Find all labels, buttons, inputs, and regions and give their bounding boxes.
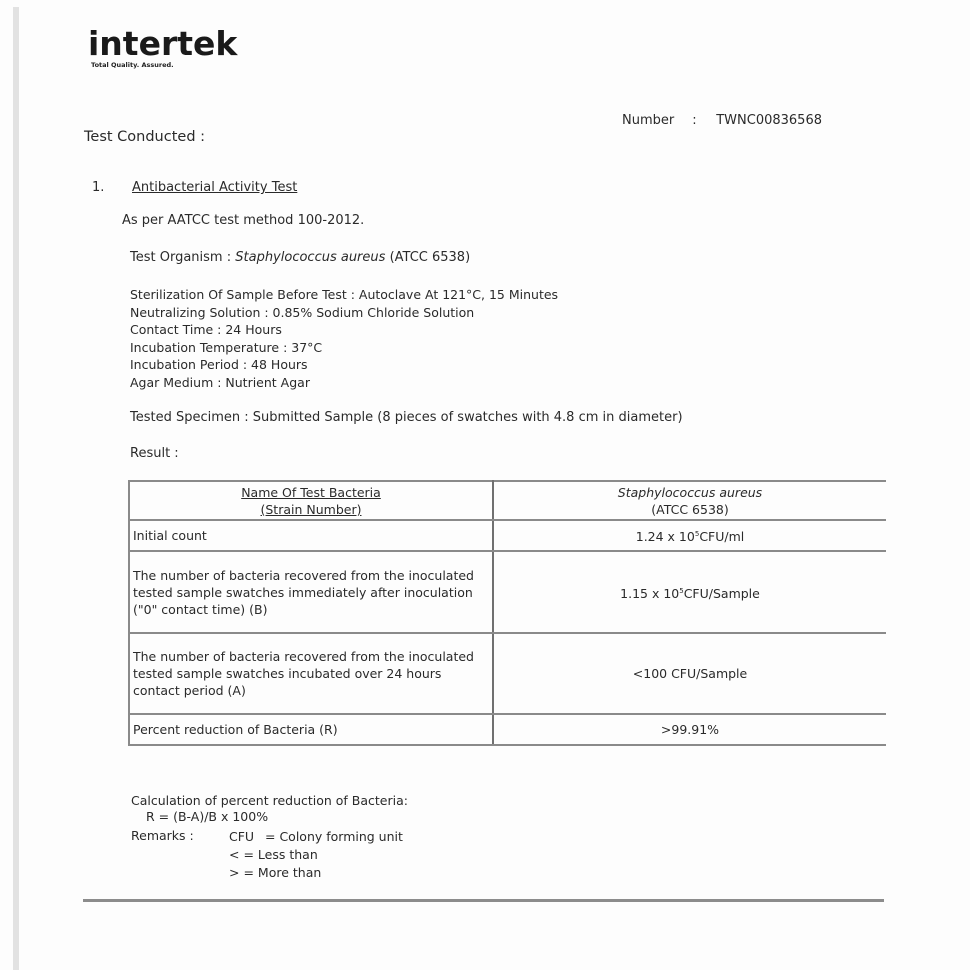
param-contact-time: Contact Time : 24 Hours	[130, 321, 558, 339]
table-row: The number of bacteria recovered from th…	[129, 633, 886, 714]
row-label-recovered-zero-contact: The number of bacteria recovered from th…	[129, 551, 493, 633]
table-header-row: Name Of Test Bacteria (Strain Number) St…	[129, 481, 886, 520]
param-sterilization: Sterilization Of Sample Before Test : Au…	[130, 286, 558, 304]
remarks-list: CFU= Colony forming unit < = Less than >…	[229, 828, 403, 882]
header-cell-bacteria-name: Name Of Test Bacteria (Strain Number)	[129, 481, 493, 520]
header-cell-organism: Staphylococcus aureus (ATCC 6538)	[493, 481, 886, 520]
param-neutralizing-solution: Neutralizing Solution : 0.85% Sodium Chl…	[130, 304, 558, 322]
row-label-initial-count: Initial count	[129, 520, 493, 551]
result-label: Result :	[130, 446, 179, 461]
remark-less-than: < = Less than	[229, 846, 403, 864]
test-organism: Test Organism : Staphylococcus aureus (A…	[130, 250, 470, 265]
row-value-initial-count: 1.24 x 105CFU/ml	[493, 520, 886, 551]
row-value-percent-reduction: >99.91%	[493, 714, 886, 745]
table-row: Initial count 1.24 x 105CFU/ml	[129, 520, 886, 551]
test-organism-label: Test Organism :	[130, 250, 231, 265]
result-table: Name Of Test Bacteria (Strain Number) St…	[128, 480, 886, 746]
report-number-value: TWNC00836568	[716, 113, 822, 128]
section-index: 1.	[92, 180, 104, 195]
section-title: Antibacterial Activity Test	[132, 180, 297, 195]
row-label-percent-reduction: Percent reduction of Bacteria (R)	[129, 714, 493, 745]
test-organism-strain: (ATCC 6538)	[390, 250, 471, 265]
param-incubation-temperature: Incubation Temperature : 37°C	[130, 339, 558, 357]
footer-divider	[83, 899, 884, 902]
calculation-formula: R = (B-A)/B x 100%	[146, 809, 268, 824]
report-number: Number:TWNC00836568	[622, 113, 822, 128]
test-conducted-heading: Test Conducted :	[84, 129, 205, 145]
test-method: As per AATCC test method 100-2012.	[122, 213, 364, 228]
test-report-page: intertek Total Quality. Assured. Number:…	[0, 0, 970, 970]
param-incubation-period: Incubation Period : 48 Hours	[130, 356, 558, 374]
remark-more-than: > = More than	[229, 864, 403, 882]
test-parameters: Sterilization Of Sample Before Test : Au…	[130, 286, 558, 391]
test-organism-name: Staphylococcus aureus	[235, 250, 385, 265]
row-value-recovered-24h: <100 CFU/Sample	[493, 633, 886, 714]
param-agar-medium: Agar Medium : Nutrient Agar	[130, 374, 558, 392]
calculation-title: Calculation of percent reduction of Bact…	[131, 792, 408, 810]
tested-specimen: Tested Specimen : Submitted Sample (8 pi…	[130, 410, 683, 425]
table-row: Percent reduction of Bacteria (R) >99.91…	[129, 714, 886, 745]
report-number-label: Number	[622, 113, 674, 128]
logo-wordmark: intertek	[88, 26, 237, 62]
remarks-label: Remarks :	[131, 828, 194, 843]
remark-cfu: CFU= Colony forming unit	[229, 828, 403, 846]
row-value-recovered-zero-contact: 1.15 x 105CFU/Sample	[493, 551, 886, 633]
intertek-logo: intertek Total Quality. Assured.	[88, 26, 237, 69]
row-label-recovered-24h: The number of bacteria recovered from th…	[129, 633, 493, 714]
table-row: The number of bacteria recovered from th…	[129, 551, 886, 633]
report-number-separator: :	[692, 113, 706, 128]
